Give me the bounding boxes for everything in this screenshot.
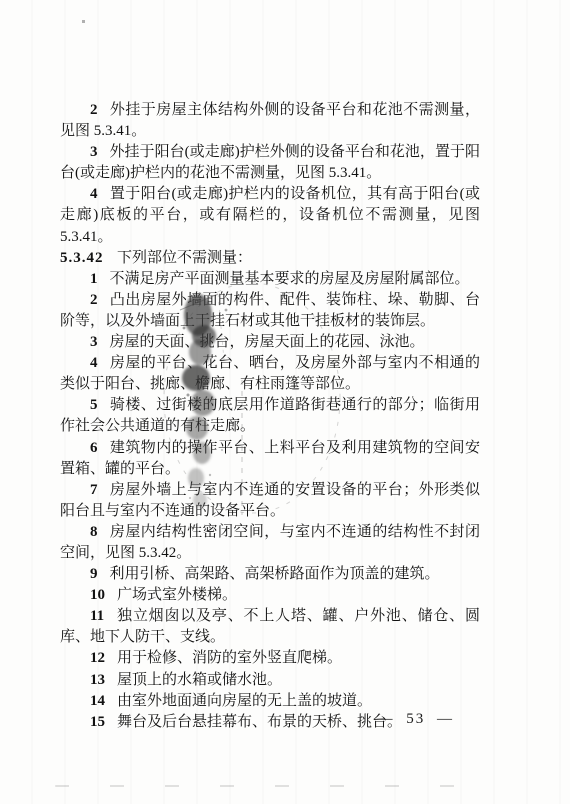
item-text: 骑楼、过街楼的底层用作道路街巷通行的部分；临街用作社会公共通道的有柱走廊。	[60, 397, 480, 434]
numbered-item: 5骑楼、过街楼的底层用作道路街巷通行的部分；临街用作社会公共通道的有柱走廊。	[60, 395, 480, 437]
numbered-item: 3房屋的天面、挑台，房屋天面上的花园、泳池。	[60, 332, 480, 353]
body-text: 2外挂于房屋主体结构外侧的设备平台和花池不需测量，见图 5.3.41。 3外挂于…	[60, 100, 480, 733]
item-number: 11	[90, 608, 104, 624]
clause-heading: 5.3.42下列部位不需测量：	[60, 248, 480, 269]
numbered-item: 8房屋内结构性密闭空间，与室内不连通的结构性不封闭空间，见图 5.3.42。	[60, 522, 480, 564]
item-number: 14	[90, 693, 105, 709]
item-text: 置于阳台(或走廊)护栏内的设备机位，其有高于阳台(或走廊)底板的平台，或有隔栏的…	[60, 186, 480, 244]
numbered-item: 14由室外地面通向房屋的无上盖的坡道。	[60, 691, 480, 712]
numbered-item: 2外挂于房屋主体结构外侧的设备平台和花池不需测量，见图 5.3.41。	[60, 100, 480, 142]
numbered-item: 6建筑物内的操作平台、上料平台及利用建筑物的空间安置箱、罐的平台。	[60, 438, 480, 480]
item-number: 2	[90, 102, 98, 118]
clause-number: 5.3.42	[60, 250, 104, 266]
item-text: 不满足房产平面测量基本要求的房屋及房屋附属部位。	[110, 271, 470, 287]
item-text: 凸出房屋外墙面的构件、配件、装饰柱、垛、勒脚、台阶等，以及外墙面上干挂石材或其他…	[60, 292, 480, 329]
numbered-item: 13屋顶上的水箱或储水池。	[60, 670, 480, 691]
item-number: 13	[90, 672, 105, 688]
page-number: — 53 —	[378, 711, 455, 728]
item-number: 10	[90, 587, 105, 603]
numbered-item: 3外挂于阳台(或走廊)护栏外侧的设备平台和花池，置于阳台(或走廊)护栏内的花池不…	[60, 142, 480, 184]
item-number: 5	[90, 397, 98, 413]
numbered-item: 11独立烟囱以及亭、不上人塔、罐、户外池、储仓、圆库、地下人防干、支线。	[60, 606, 480, 648]
item-text: 房屋外墙上与室内不连通的安置设备的平台；外形类似阳台且与室内不连通的设备平台。	[60, 482, 480, 519]
item-number: 15	[90, 714, 105, 730]
item-text: 外挂于阳台(或走廊)护栏外侧的设备平台和花池，置于阳台(或走廊)护栏内的花池不需…	[60, 144, 480, 181]
item-text: 舞台及后台悬挂幕布、布景的天桥、挑台。	[117, 714, 402, 730]
item-text: 房屋的平台、花台、晒台，及房屋外部与室内不相通的类似于阳台、挑廊、檐廊、有柱雨篷…	[60, 355, 480, 392]
item-text: 广场式室外楼梯。	[117, 587, 237, 603]
item-number: 6	[90, 440, 98, 456]
numbered-item: 12用于检修、消防的室外竖直爬梯。	[60, 648, 480, 669]
item-number: 2	[90, 292, 98, 308]
item-number: 3	[90, 334, 98, 350]
clause-title: 下列部位不需测量：	[117, 250, 252, 266]
scan-speck-artifact	[82, 20, 85, 23]
item-text: 建筑物内的操作平台、上料平台及利用建筑物的空间安置箱、罐的平台。	[60, 440, 480, 477]
document-page: 2外挂于房屋主体结构外侧的设备平台和花池不需测量，见图 5.3.41。 3外挂于…	[0, 0, 570, 804]
numbered-item: 10广场式室外楼梯。	[60, 585, 480, 606]
item-text: 利用引桥、高架路、高架桥路面作为顶盖的建筑。	[110, 566, 440, 582]
item-number: 12	[90, 650, 105, 666]
item-number: 3	[90, 144, 98, 160]
item-text: 外挂于房屋主体结构外侧的设备平台和花池不需测量，见图 5.3.41。	[60, 102, 480, 139]
item-number: 8	[90, 524, 98, 540]
item-text: 由室外地面通向房屋的无上盖的坡道。	[117, 693, 372, 709]
item-number: 4	[90, 186, 98, 202]
item-text: 独立烟囱以及亭、不上人塔、罐、户外池、储仓、圆库、地下人防干、支线。	[60, 608, 480, 645]
numbered-item: 4置于阳台(或走廊)护栏内的设备机位，其有高于阳台(或走廊)底板的平台，或有隔栏…	[60, 184, 480, 247]
item-number: 1	[90, 271, 98, 287]
item-number: 4	[90, 355, 98, 371]
numbered-item: 7房屋外墙上与室内不连通的安置设备的平台；外形类似阳台且与室内不连通的设备平台。	[60, 480, 480, 522]
numbered-item: 9利用引桥、高架路、高架桥路面作为顶盖的建筑。	[60, 564, 480, 585]
scan-streak-artifact	[55, 785, 473, 787]
item-number: 7	[90, 482, 98, 498]
item-text: 房屋的天面、挑台，房屋天面上的花园、泳池。	[110, 334, 425, 350]
item-text: 房屋内结构性密闭空间，与室内不连通的结构性不封闭空间，见图 5.3.42。	[60, 524, 480, 561]
item-text: 用于检修、消防的室外竖直爬梯。	[117, 650, 342, 666]
numbered-item: 1不满足房产平面测量基本要求的房屋及房屋附属部位。	[60, 269, 480, 290]
item-text: 屋顶上的水箱或储水池。	[117, 672, 282, 688]
numbered-item: 2凸出房屋外墙面的构件、配件、装饰柱、垛、勒脚、台阶等，以及外墙面上干挂石材或其…	[60, 290, 480, 332]
item-number: 9	[90, 566, 98, 582]
numbered-item: 4房屋的平台、花台、晒台，及房屋外部与室内不相通的类似于阳台、挑廊、檐廊、有柱雨…	[60, 353, 480, 395]
